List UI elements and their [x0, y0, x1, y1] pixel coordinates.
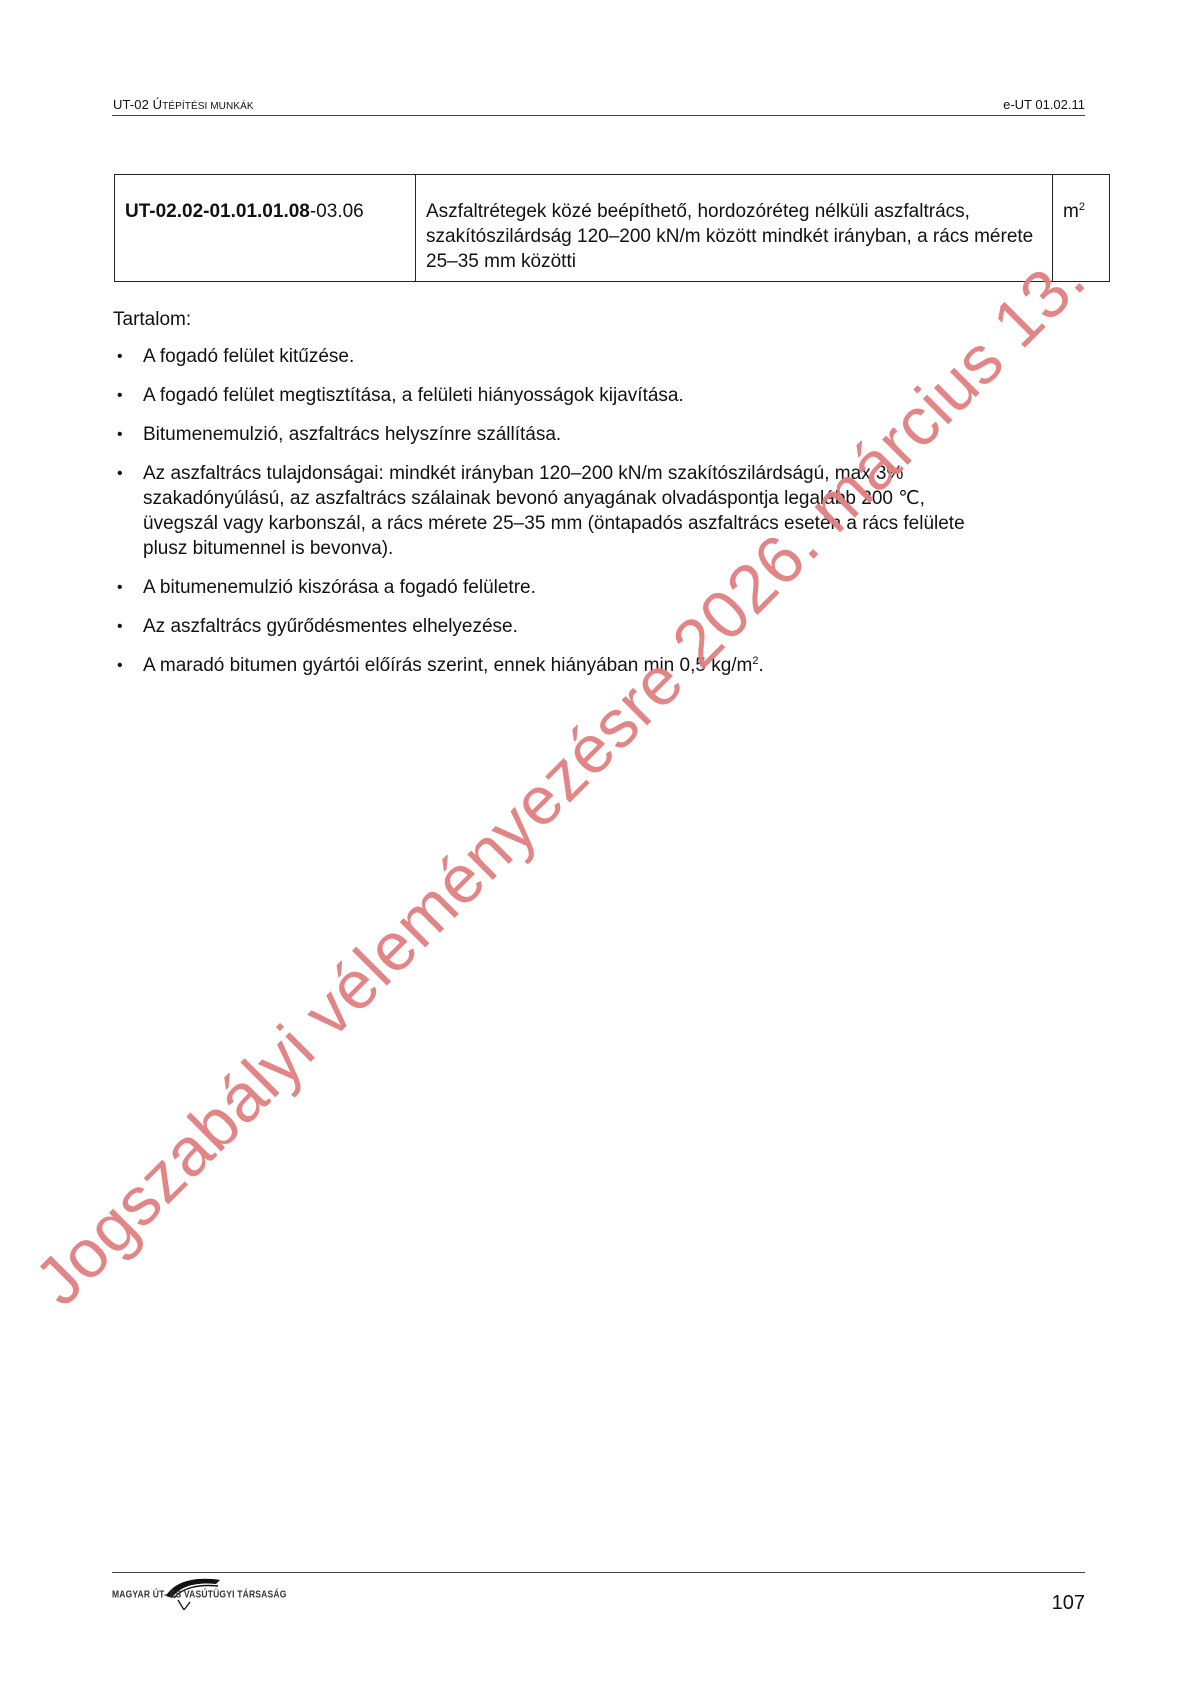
list-item-text: A fogadó felület kitűzése.: [143, 346, 354, 367]
list-item: •A maradó bitumen gyártói előírás szerin…: [113, 653, 1013, 678]
content-list: •A fogadó felület kitűzése. •A fogadó fe…: [113, 344, 1013, 692]
running-header-code: e-UT 01.02.11: [1003, 97, 1085, 112]
item-code-bold: UT-02.02-01.01.01.08: [125, 201, 310, 222]
item-description-cell: Aszfaltrétegek közé beépíthető, hordozór…: [416, 175, 1053, 282]
bullet-icon: •: [117, 422, 123, 447]
list-item-text: A bitumenemulzió kiszórása a fogadó felü…: [143, 577, 536, 598]
bullet-icon: •: [117, 653, 123, 678]
item-code-cell: UT-02.02-01.01.01.08-03.06: [115, 175, 416, 282]
footer-rule: [112, 1572, 1085, 1573]
list-item: •Az aszfaltrács tulajdonságai: mindkét i…: [113, 461, 1013, 561]
bullet-icon: •: [117, 461, 123, 486]
page-number: 107: [1052, 1592, 1085, 1615]
publisher-logo: MAGYAR ÚT- ÉS VASÚTÜGYI TÁRSASÁG: [112, 1574, 272, 1614]
unit-base: m: [1063, 201, 1079, 222]
list-item-text: A fogadó felület megtisztítása, a felüle…: [143, 385, 684, 406]
list-item: •Bitumenemulzió, aszfaltrács helyszínre …: [113, 422, 1013, 447]
list-item: •A fogadó felület kitűzése.: [113, 344, 1013, 369]
item-table: UT-02.02-01.01.01.08-03.06 Aszfaltrétege…: [114, 174, 1110, 282]
logo-text: MAGYAR ÚT- ÉS VASÚTÜGYI TÁRSASÁG: [112, 1588, 287, 1600]
running-header-title: UT-02 ÚTÉPÍTÉSI MUNKÁK: [113, 97, 254, 112]
list-item-text: Az aszfaltrács tulajdonságai: mindkét ir…: [143, 461, 973, 561]
content-intro: Tartalom:: [113, 309, 191, 331]
bullet-icon: •: [117, 614, 123, 639]
header-title-prefix: UT-02 Ú: [113, 97, 162, 112]
list-item-text: A maradó bitumen gyártói előírás szerint…: [143, 655, 764, 676]
list-item: •Az aszfaltrács gyűrődésmentes elhelyezé…: [113, 614, 1013, 639]
list-item: •A bitumenemulzió kiszórása a fogadó fel…: [113, 575, 1013, 600]
bullet-icon: •: [117, 344, 123, 369]
list-item-text: Az aszfaltrács gyűrődésmentes elhelyezés…: [143, 616, 518, 637]
bullet-icon: •: [117, 383, 123, 408]
unit-exponent: 2: [1079, 201, 1085, 213]
bullet-icon: •: [117, 575, 123, 600]
item-row: UT-02.02-01.01.01.08-03.06 Aszfaltrétege…: [115, 175, 1110, 282]
item-unit-cell: m2: [1053, 175, 1110, 282]
list-item-text-main: A maradó bitumen gyártói előírás szerint…: [143, 655, 752, 676]
list-item-text: Bitumenemulzió, aszfaltrács helyszínre s…: [143, 424, 561, 445]
header-rule: [112, 115, 1085, 116]
header-title-smallcaps: TÉPÍTÉSI MUNKÁK: [162, 101, 254, 112]
list-item: •A fogadó felület megtisztítása, a felül…: [113, 383, 1013, 408]
item-code-suffix: -03.06: [310, 201, 364, 222]
list-item-text-tail: .: [759, 655, 764, 676]
